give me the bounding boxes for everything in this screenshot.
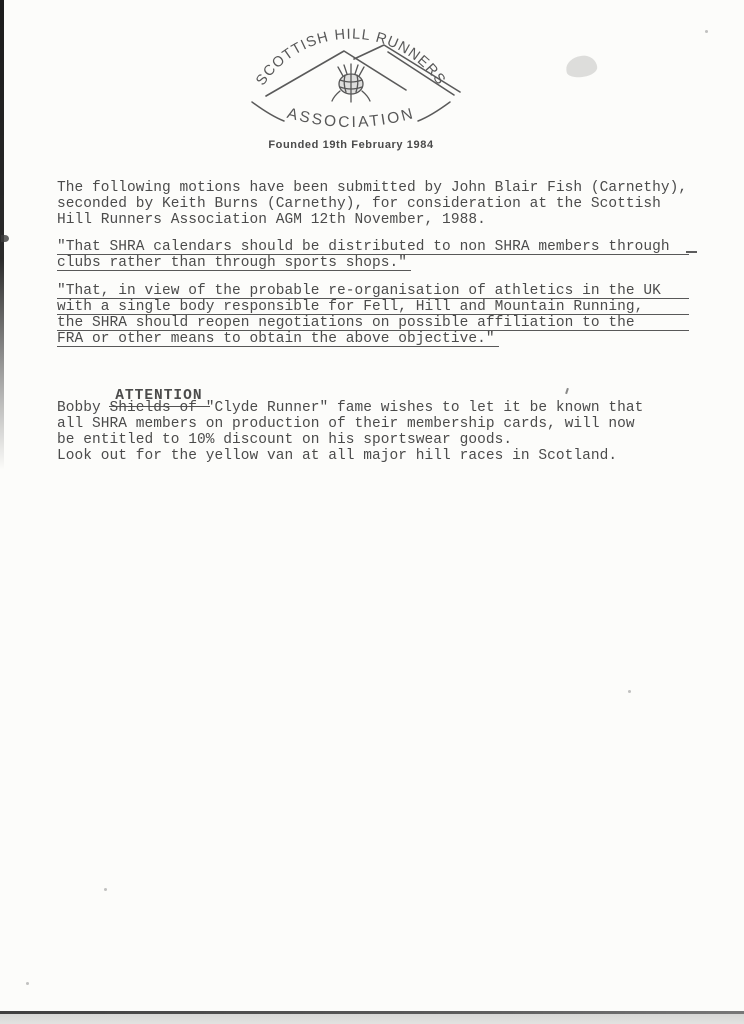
logo-founded-text: Founded 19th February 1984 bbox=[268, 139, 434, 151]
intro-line: Hill Runners Association AGM 12th Novemb… bbox=[57, 212, 702, 228]
motion-2-line: with a single body responsible for Fell,… bbox=[57, 299, 689, 315]
scan-speck bbox=[628, 690, 631, 693]
shra-logo: SCOTTISH HILL RUNNERS bbox=[236, 16, 496, 174]
notice-line: Bobby Shields of "Clyde Runner" fame wis… bbox=[57, 400, 702, 416]
motion-2-line: the SHRA should reopen negotiations on p… bbox=[57, 315, 689, 331]
motion-1-line: "That SHRA calendars should be distribut… bbox=[57, 239, 689, 255]
motion-2-line: "That, in view of the probable re-organi… bbox=[57, 283, 689, 299]
intro-paragraph: The following motions have been submitte… bbox=[57, 180, 702, 228]
scan-speck bbox=[104, 888, 107, 891]
underline-dash-mark bbox=[686, 251, 697, 253]
notice-line: be entitled to 10% discount on his sport… bbox=[57, 432, 702, 448]
intro-line: The following motions have been submitte… bbox=[57, 180, 702, 196]
scan-speck bbox=[26, 982, 29, 985]
notice-line: all SHRA members on production of their … bbox=[57, 416, 702, 432]
intro-line: seconded by Keith Burns (Carnethy), for … bbox=[57, 196, 702, 212]
scan-smudge bbox=[565, 54, 599, 79]
notice-paragraph: Bobby Shields of "Clyde Runner" fame wis… bbox=[57, 400, 702, 464]
motion-2-paragraph: "That, in view of the probable re-organi… bbox=[57, 283, 702, 347]
scanner-background bbox=[0, 1014, 744, 1024]
document-body: The following motions have been submitte… bbox=[57, 180, 702, 464]
motion-1-paragraph: "That SHRA calendars should be distribut… bbox=[57, 239, 702, 271]
logo-arc-bottom-text: ASSOCIATION bbox=[285, 105, 417, 131]
scan-speck bbox=[705, 30, 708, 33]
motion-1-line: clubs rather than through sports shops." bbox=[57, 255, 411, 271]
scanned-page: SCOTTISH HILL RUNNERS bbox=[0, 0, 744, 1013]
thistle-icon bbox=[332, 64, 370, 102]
scan-edge-notch bbox=[1, 235, 9, 242]
notice-line: Look out for the yellow van at all major… bbox=[57, 448, 702, 464]
attention-heading-row: ATTENTION bbox=[57, 372, 702, 388]
motion-2-line: FRA or other means to obtain the above o… bbox=[57, 331, 499, 347]
